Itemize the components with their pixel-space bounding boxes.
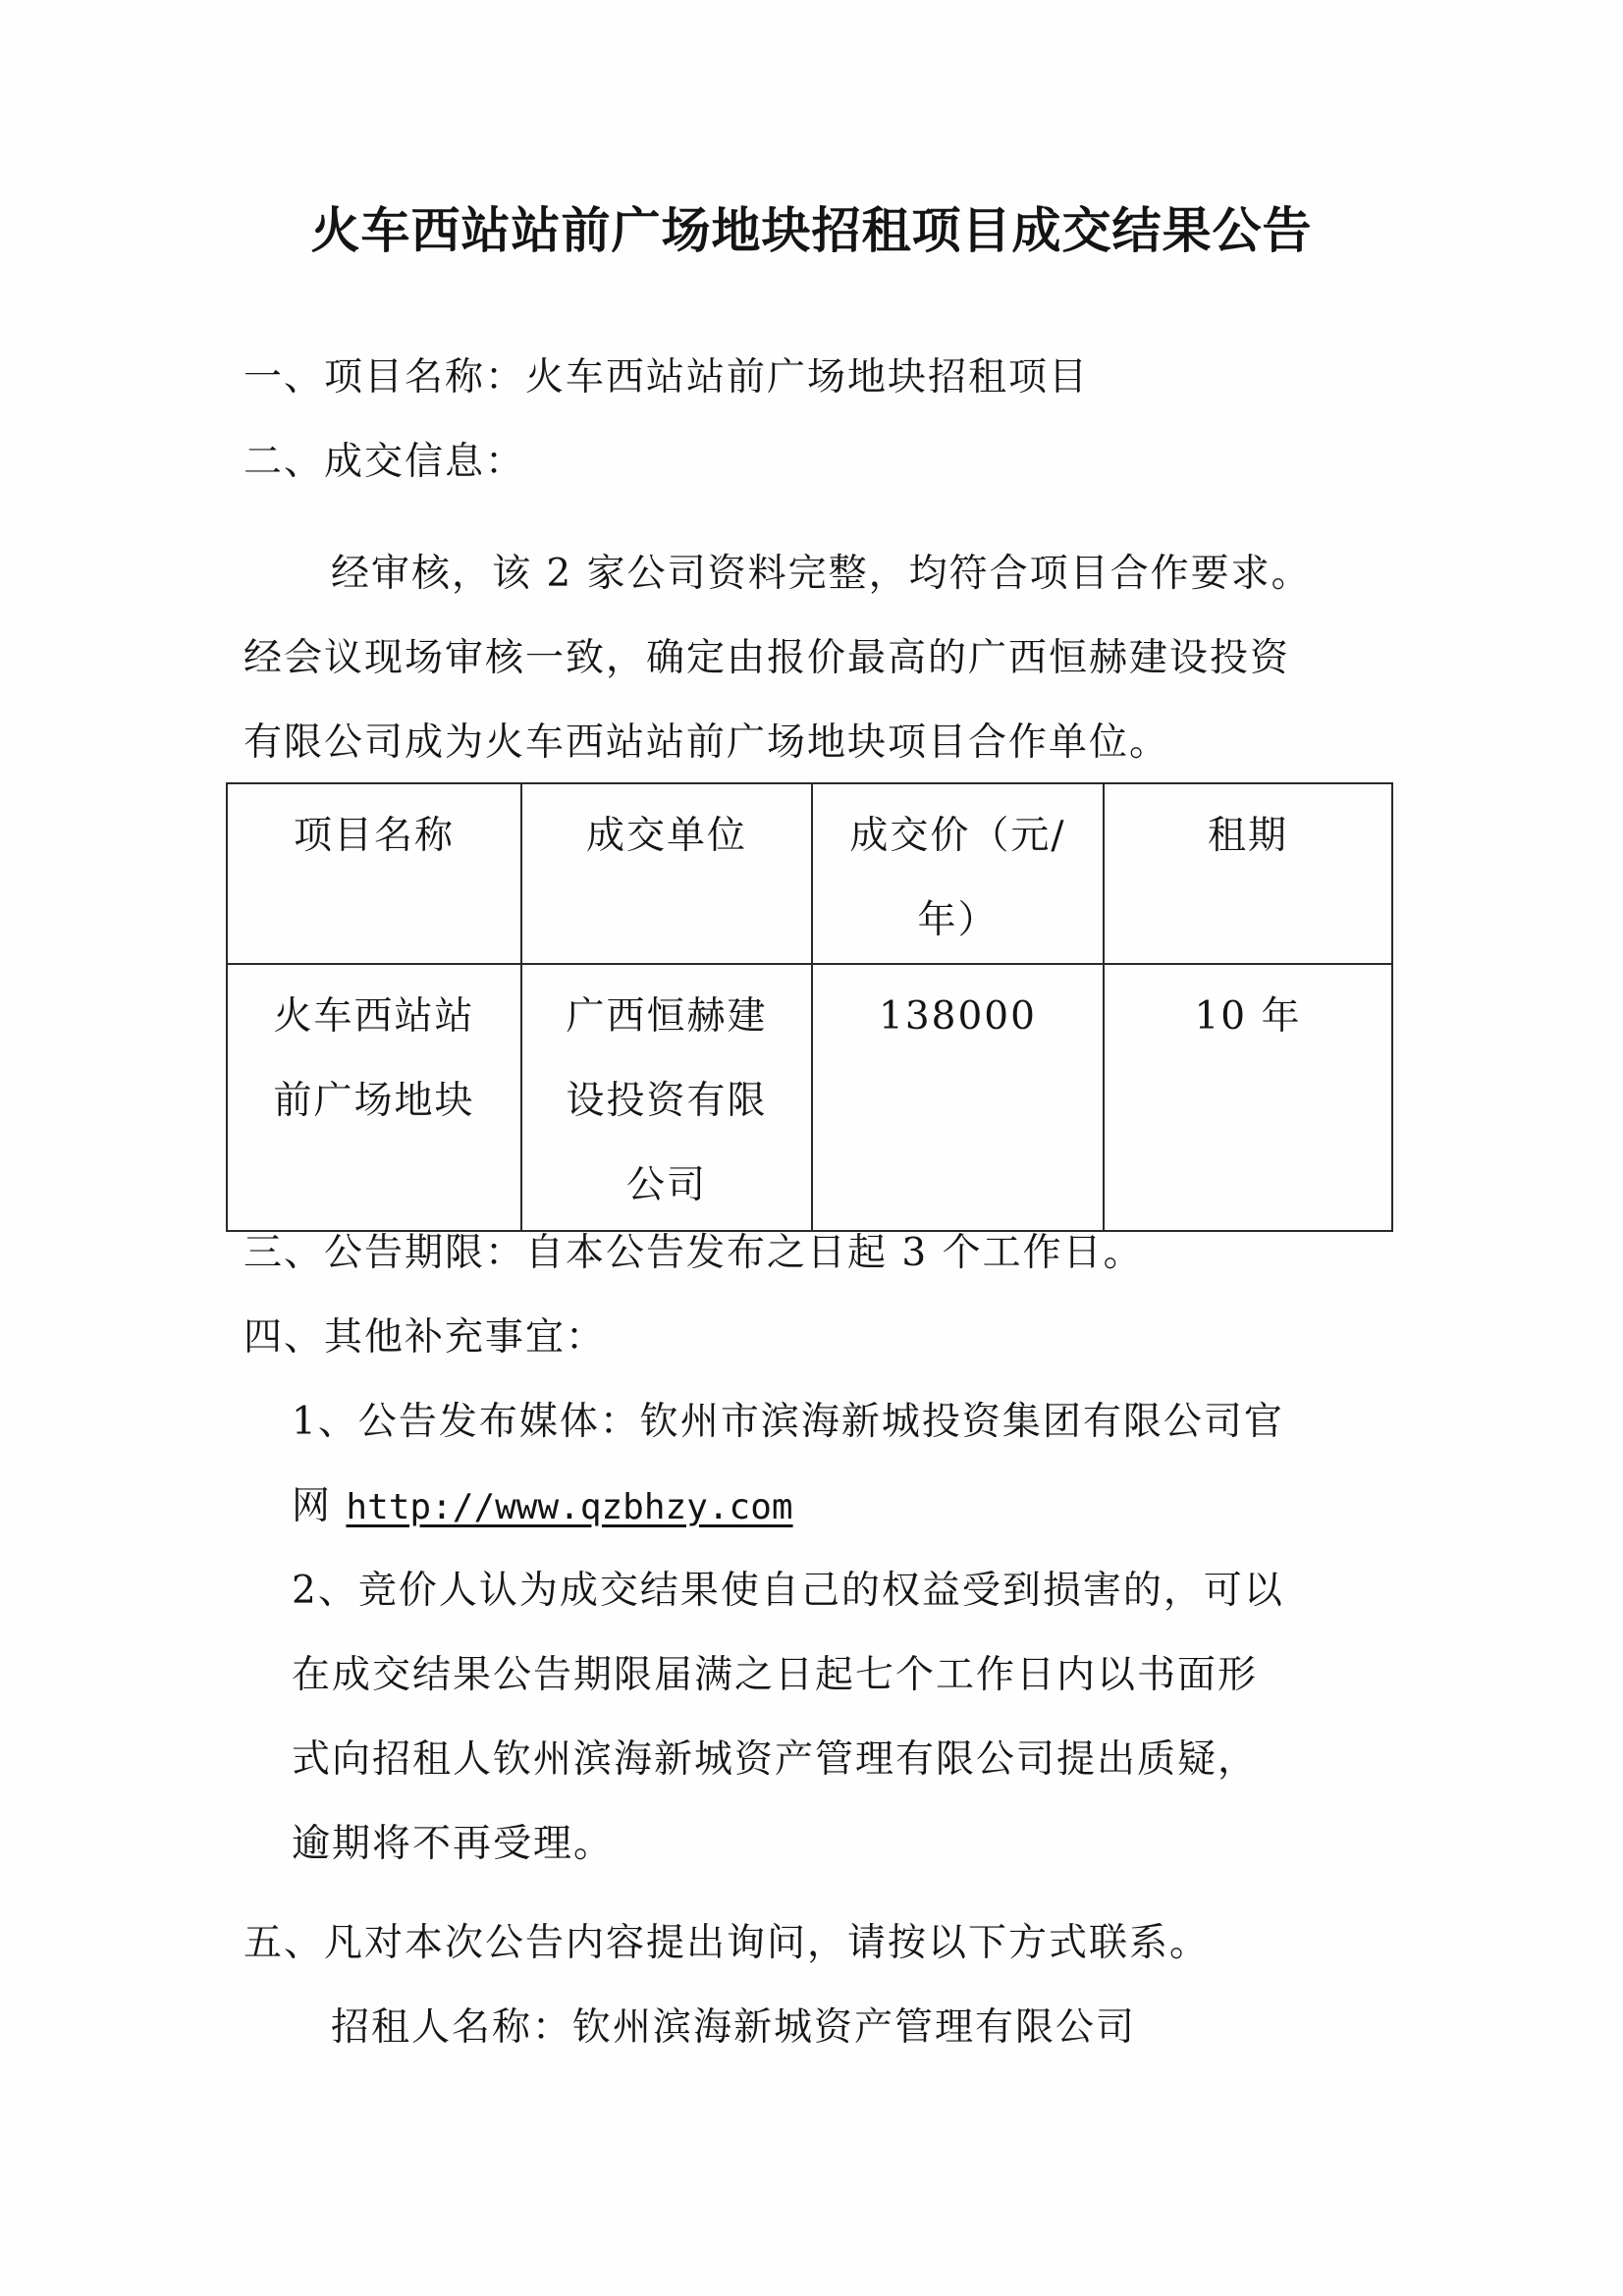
section-deal-info-heading: 二、成交信息： — [243, 438, 525, 487]
section-notice-period: 三、公告期限：自本公告发布之日起 3 个工作日。 — [243, 1229, 1144, 1278]
cell-winning-bidder: 广西恒赫建设投资有限公司 — [521, 964, 812, 1231]
document-page: 火车西站站前广场地块招租项目成交结果公告 一、项目名称：火车西站站前广场地块招租… — [0, 0, 1623, 2296]
other-matters-item-2-line-4: 逾期将不再受理。 — [292, 1820, 614, 1869]
section-inquiry: 五、凡对本次公告内容提出询问，请按以下方式联系。 — [243, 1919, 1210, 1968]
section-other-matters-heading: 四、其他补充事宜： — [243, 1313, 606, 1362]
deal-info-paragraph-line-2: 经会议现场审核一致，确定由报价最高的广西恒赫建设投资 — [243, 634, 1290, 683]
deal-result-table: 项目名称 成交单位 成交价（元/年） 租期 火车西站站前广场地块 广西恒赫建设投… — [226, 782, 1393, 1232]
lessor-name: 招租人名称：钦州滨海新城资产管理有限公司 — [331, 2003, 1136, 2053]
deal-info-paragraph-line-3: 有限公司成为火车西站站前广场地块项目合作单位。 — [243, 719, 1169, 768]
cell-project-name: 火车西站站前广场地块 — [227, 964, 521, 1231]
header-deal-price: 成交价（元/年） — [812, 783, 1104, 964]
other-matters-item-2-line-1: 2、竞价人认为成交结果使自己的权益受到损害的，可以 — [292, 1567, 1284, 1616]
header-lease-term: 租期 — [1104, 783, 1392, 964]
other-matters-item-2-line-2: 在成交结果公告期限届满之日起七个工作日内以书面形 — [292, 1651, 1258, 1700]
deal-info-paragraph-line-1: 经审核，该 2 家公司资料完整，均符合项目合作要求。 — [331, 550, 1312, 599]
header-winning-bidder: 成交单位 — [521, 783, 812, 964]
header-project-name: 项目名称 — [227, 783, 521, 964]
section-project-name: 一、项目名称：火车西站站前广场地块招租项目 — [243, 353, 1089, 402]
official-website-link[interactable]: http://www.qzbhzy.com — [346, 1487, 792, 1527]
table-row: 火车西站站前广场地块 广西恒赫建设投资有限公司 138000 10 年 — [227, 964, 1392, 1231]
other-matters-item-2-line-3: 式向招租人钦州滨海新城资产管理有限公司提出质疑， — [292, 1735, 1258, 1785]
item-1-prefix: 网 — [292, 1484, 346, 1528]
cell-lease-term: 10 年 — [1104, 964, 1392, 1231]
table-header-row: 项目名称 成交单位 成交价（元/年） 租期 — [227, 783, 1392, 964]
cell-deal-price: 138000 — [812, 964, 1104, 1231]
other-matters-item-1-line-2: 网 http://www.qzbhzy.com — [292, 1482, 793, 1532]
document-title: 火车西站站前广场地块招租项目成交结果公告 — [0, 201, 1623, 260]
other-matters-item-1-line-1: 1、公告发布媒体：钦州市滨海新城投资集团有限公司官 — [292, 1398, 1284, 1447]
